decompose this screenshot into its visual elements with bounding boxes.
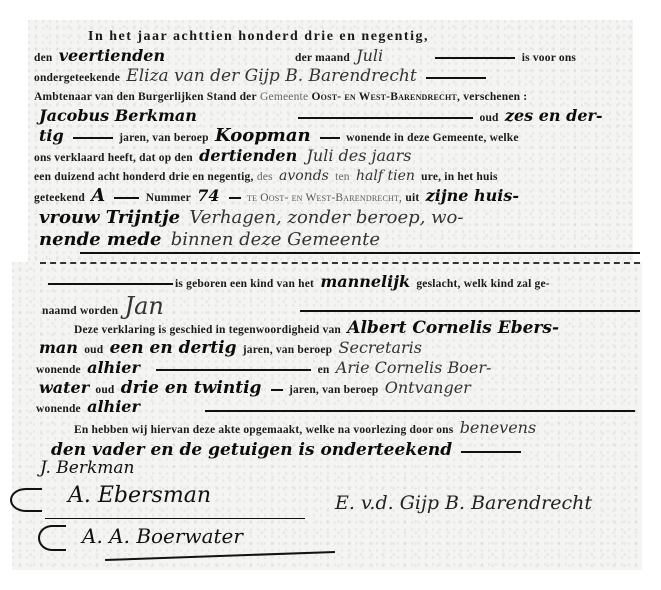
hw-registrar-name: Eliza van der Gijp B. Barendrecht	[126, 66, 416, 86]
print-geboren: is geboren een kind van het	[175, 278, 314, 290]
hw-birth-day: dertienden	[199, 146, 297, 165]
hw-hour: half tien	[356, 168, 415, 184]
hw-mother-first: vrouw Trijntje	[39, 207, 180, 228]
print-jaren-beroep: jaren, van beroep	[243, 344, 333, 356]
fill-rule	[156, 369, 311, 371]
fill-dash	[40, 262, 640, 264]
fill-rule	[48, 283, 173, 285]
print-municipality-2: te Oost- en West-Barendrecht,	[247, 192, 402, 204]
print-oud: oud	[84, 344, 103, 356]
hw-month: Juli	[356, 46, 426, 66]
line-witness1: man oud een en dertig jaren, van beroep …	[36, 338, 425, 360]
print-gemeente: Gemeente	[260, 91, 308, 103]
print-des: des	[257, 171, 273, 183]
fill-rule	[80, 252, 640, 254]
print-geteekend: geteekend	[34, 192, 85, 204]
print-oud: oud	[480, 112, 499, 124]
hw-witness1-occupation: Secretaris	[339, 338, 422, 357]
fill-rule	[426, 77, 486, 79]
hw-house-letter: A	[91, 185, 105, 206]
hw-witness1-age: een en dertig	[110, 338, 237, 358]
print-ten: ten	[335, 171, 350, 183]
print-jaren-beroep: jaren, van beroep	[119, 132, 209, 144]
fill-rule	[73, 137, 113, 139]
line-ambtenaar: Ambtenaar van den Burgerlijken Stand der…	[34, 86, 527, 107]
print-verschenen: verschenen :	[463, 91, 527, 103]
fill-rule	[114, 197, 139, 199]
fill-rule	[461, 451, 521, 453]
hw-witness1-residence: alhier	[87, 358, 147, 378]
print-wonende: wonende in deze Gemeente, welke	[346, 132, 519, 144]
print-der-maand: der maand	[295, 52, 350, 64]
hw-signed: den vader en de getuigen is onderteekend	[51, 440, 452, 460]
print-municipality: Oost- en West-Barendrecht,	[312, 91, 461, 103]
hw-witness1-name-end: man	[39, 338, 78, 357]
print-en: en	[318, 364, 330, 376]
signature-underline	[45, 518, 305, 519]
fill-rule	[298, 117, 473, 119]
hw-witness1-name: Albert Cornelis Ebers-	[347, 318, 559, 338]
signature-flourish	[38, 525, 66, 551]
hw-witness2-name-end: water	[39, 378, 89, 397]
print-wonende: wonende	[36, 403, 81, 415]
fill-rule	[205, 410, 635, 412]
hw-father-age-1: zes en der-	[505, 106, 603, 125]
line-birth-time: een duizend acht honderd drie en negenti…	[34, 166, 498, 187]
line-mother-residence: nende mede binnen deze Gemeente	[36, 230, 383, 251]
print-nummer: Nummer	[146, 192, 191, 204]
print-jaren-beroep: jaren, van beroep	[289, 384, 379, 396]
line-mother: vrouw Trijntje Verhagen, zonder beroep, …	[36, 208, 466, 229]
hw-residence-2: binnen deze Gemeente	[171, 229, 380, 250]
signature-witness1: A. Ebersman	[68, 483, 211, 508]
line-witness2-residence: wonende alhier	[36, 397, 143, 419]
fill-rule	[271, 389, 283, 391]
line-father-name: Jacobus Berkman oud zes en der-	[36, 106, 606, 128]
signature-father: J. Berkman	[40, 458, 135, 478]
print-verklaring: Deze verklaring is geschied in tegenwoor…	[74, 324, 341, 336]
signature-witness2: A. A. Boerwater	[82, 524, 243, 548]
signature-registrar: E. v.d. Gijp B. Barendrecht	[335, 492, 592, 514]
print-closing: En hebben wij hiervan deze akte opgemaak…	[74, 424, 453, 436]
print-year: een duizend acht honderd drie en negenti…	[34, 171, 254, 183]
print-oud: oud	[95, 384, 114, 396]
line-birth-date: ons verklaard heeft, dat op den dertiend…	[34, 146, 414, 168]
print-is-voor-ons: is voor ons	[522, 52, 576, 64]
line-father-occupation: tig jaren, van beroep Koopman wonende in…	[36, 126, 519, 148]
hw-mother-last: Verhagen, zonder beroep, wo-	[189, 207, 463, 228]
line-sex: is geboren een kind van het mannelijk ge…	[175, 272, 550, 294]
line-witness-intro: Deze verklaring is geschied in tegenwoor…	[74, 318, 562, 340]
print-verklaard: ons verklaard heeft, dat op den	[34, 152, 193, 164]
print-intro: In het jaar achttien honderd drie en neg…	[88, 29, 429, 44]
print-ondergeteekende: ondergeteekende	[34, 72, 120, 84]
hw-witness2-name: Arie Cornelis Boer-	[336, 358, 492, 377]
hw-house-number: 74	[197, 186, 219, 205]
line-closing: En hebben wij hiervan deze akte opgemaak…	[74, 418, 539, 440]
line-house: geteekend A Nummer 74 te Oost- en West-B…	[34, 186, 522, 208]
fill-rule	[435, 57, 515, 59]
hw-child-name: Jan	[124, 292, 163, 320]
hw-witness2-occupation: Ontvanger	[385, 378, 471, 397]
hw-benevens: benevens	[460, 418, 537, 437]
line-witness2: wonende alhier en Arie Cornelis Boer-	[36, 358, 494, 380]
hw-father-age-2: tig	[39, 126, 64, 145]
print-ure-huis: ure, in het huis	[421, 171, 497, 183]
print-uit: uit	[405, 192, 419, 204]
fill-rule	[300, 310, 640, 312]
hw-witness2-age: drie en twintig	[121, 378, 262, 398]
hw-day: veertienden	[59, 46, 289, 66]
line-intro: In het jaar achttien honderd drie en neg…	[88, 26, 429, 47]
hw-daypart: avonds	[279, 168, 329, 184]
print-den: den	[34, 52, 53, 64]
hw-wife-1: zijne huis-	[426, 186, 519, 205]
signature-flourish	[10, 488, 42, 512]
print-genaamd: naamd worden	[42, 305, 118, 317]
print-geslacht: geslacht, welk kind zal ge-	[416, 278, 550, 290]
hw-birth-month: Juli des jaars	[306, 146, 411, 165]
print-wonende: wonende	[36, 364, 81, 376]
hw-witness2-residence: alhier	[87, 397, 140, 416]
fill-rule	[320, 137, 340, 139]
hw-father-occupation: Koopman	[215, 125, 311, 146]
fill-rule	[229, 197, 241, 199]
print-ambtenaar: Ambtenaar van den Burgerlijken Stand der	[34, 91, 257, 103]
hw-sex: mannelijk	[320, 272, 410, 291]
hw-father-name: Jacobus Berkman	[39, 106, 289, 126]
line-date: den veertienden der maand Juli is voor o…	[34, 46, 576, 68]
line-registrar: ondergeteekende Eliza van der Gijp B. Ba…	[34, 66, 489, 88]
hw-residence-1: nende mede	[39, 229, 161, 250]
